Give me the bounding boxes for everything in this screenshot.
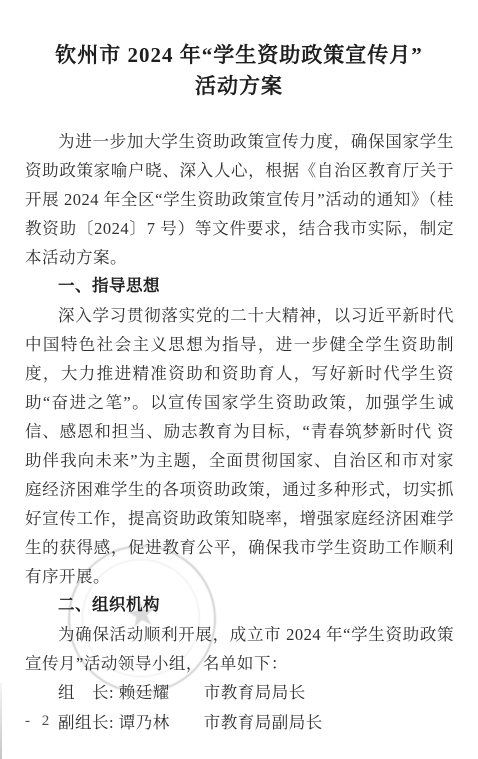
page-number: - 2 -: [25, 713, 70, 730]
section-2-heading: 二、组织机构: [25, 591, 454, 620]
section-1-heading: 一、指导思想: [25, 272, 454, 301]
section-2-body: 为确保活动顺利开展，成立市 2024 年“学生资助政策宣传月”活动领导小组，名单…: [25, 620, 454, 678]
title-line-2: 活动方案: [28, 71, 450, 102]
section-1-body: 深入学习贯彻落实党的二十大精神，以习近平新时代中国特色社会主义思想为指导，进一步…: [25, 301, 454, 591]
document-page: ★ 钦州市 2024 年“学生资助政策宣传月” 活动方案 为进一步加大学生资助政…: [0, 0, 478, 759]
document-title: 钦州市 2024 年“学生资助政策宣传月” 活动方案: [28, 40, 450, 102]
scan-edge-artifact: [0, 683, 2, 759]
title-line-1: 钦州市 2024 年“学生资助政策宣传月”: [28, 40, 450, 71]
deputy-leader-line: 副组长: 谭乃林 市教育局副局长: [25, 708, 454, 738]
intro-paragraph: 为进一步加大学生资助政策宣传力度，确保国家学生资助政策家喻户晓、深入人心，根据《…: [25, 127, 454, 272]
leader-line: 组 长: 赖廷耀 市教育局局长: [25, 678, 454, 708]
